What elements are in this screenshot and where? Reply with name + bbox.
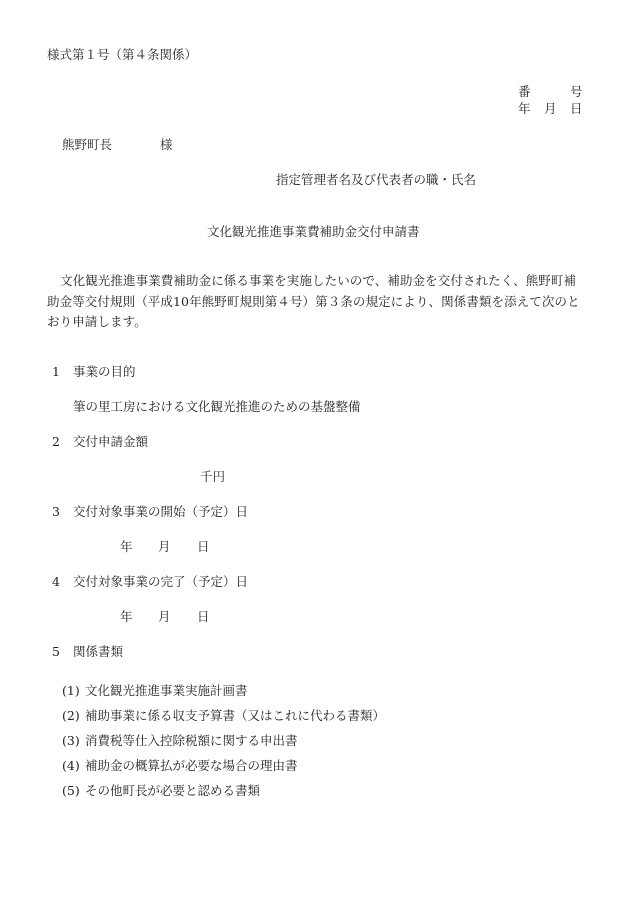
document-item-5-num: (5) [62,783,80,799]
form-label: 様式第１号（第４条関係） [47,47,197,63]
section-3-year: 年 [120,539,133,555]
body-text: 文化観光推進事業費補助金に係る事業を実施したいので、補助金を交付されたく、熊野町… [47,273,580,329]
section-2-unit: 千円 [200,469,225,485]
document-item-1-num: (1) [62,683,80,699]
section-1-num: 1 [52,364,60,380]
applicant-label: 指定管理者名及び代表者の職・氏名 [276,172,476,188]
section-2-label: 交付申請金額 [73,434,148,450]
section-5-num: 5 [52,644,60,660]
number-suffix: 号 [570,84,583,100]
document-item-2-num: (2) [62,708,80,724]
section-4-num: 4 [52,574,60,590]
section-5-label: 関係書類 [73,644,123,660]
section-3-label: 交付対象事業の開始（予定）日 [73,504,248,520]
date-month: 月 [544,101,557,117]
document-item-2: 補助事業に係る収支予算書（又はこれに代わる書類） [85,708,385,724]
section-4-label: 交付対象事業の完了（予定）日 [73,574,248,590]
date-day: 日 [570,101,583,117]
section-1-value: 筆の里工房における文化観光推進のための基盤整備 [73,399,361,415]
document-item-3-num: (3) [62,733,80,749]
section-4-month: 月 [158,609,171,625]
addressee-honorific: 様 [160,137,173,153]
section-3-month: 月 [158,539,171,555]
body-paragraph: 文化観光推進事業費補助金に係る事業を実施したいので、補助金を交付されたく、熊野町… [47,271,587,333]
addressee-name: 熊野町長 [62,137,112,153]
section-3-day: 日 [197,539,210,555]
section-1-label: 事業の目的 [73,364,136,380]
section-2-num: 2 [52,434,60,450]
document-item-5: その他町長が必要と認める書類 [85,783,260,799]
section-4-day: 日 [197,609,210,625]
document-item-1: 文化観光推進事業実施計画書 [85,683,248,699]
section-3-num: 3 [52,504,60,520]
document-item-4: 補助金の概算払が必要な場合の理由書 [85,758,298,774]
document-title: 文化観光推進事業費補助金交付申請書 [207,224,420,240]
number-char: 番 [518,84,531,100]
document-item-3: 消費税等仕入控除税額に関する申出書 [85,733,298,749]
date-year: 年 [518,101,531,117]
document-item-4-num: (4) [62,758,80,774]
section-4-year: 年 [120,609,133,625]
